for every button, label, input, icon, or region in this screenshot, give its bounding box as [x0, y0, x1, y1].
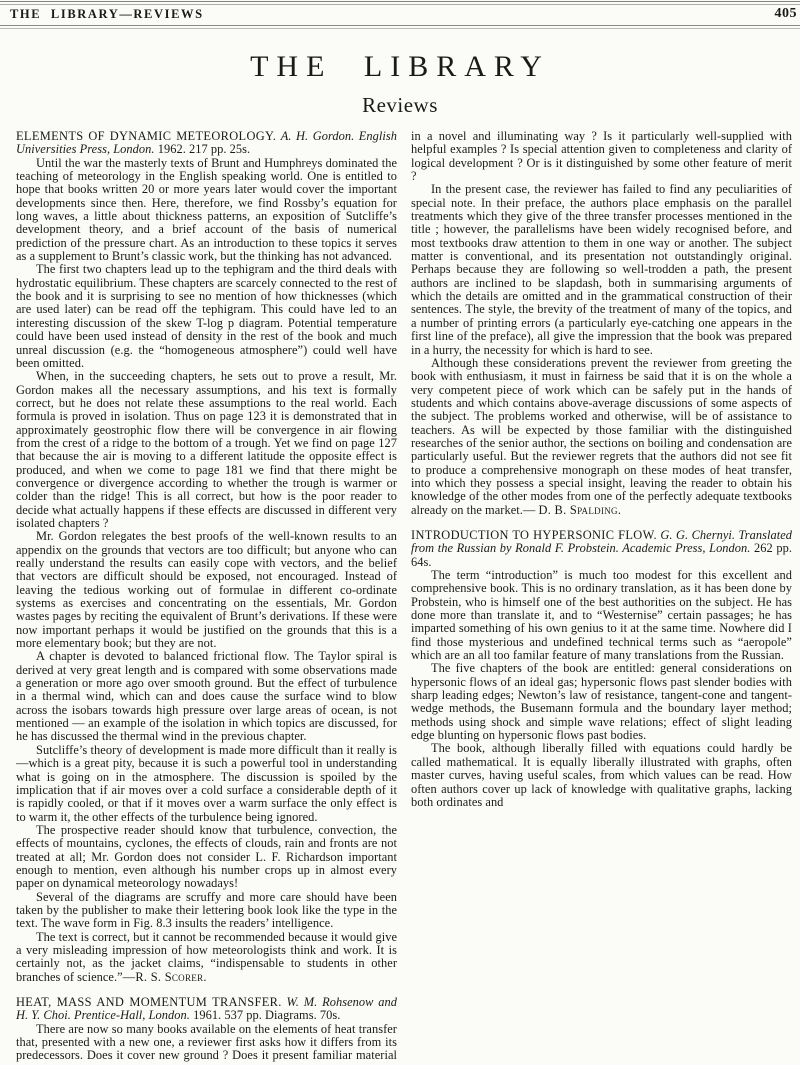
closing-text: Although these considerations prevent th…: [411, 356, 792, 517]
review-introduction-to-hypersonic-flow: INTRODUCTION TO HYPERSONIC FLOW. G. G. C…: [411, 529, 792, 809]
review-paragraph: The first two chapters lead up to the te…: [16, 263, 397, 370]
running-head: THE LIBRARY—REVIEWS: [10, 7, 204, 22]
review-heading: ELEMENTS OF DYNAMIC METEOROLOGY. A. H. G…: [16, 130, 397, 157]
top-rule: [0, 1, 800, 2]
review-paragraph: The term “introduction” is much too mode…: [411, 569, 792, 662]
review-paragraph: When, in the succeeding chapters, he set…: [16, 370, 397, 530]
reviewer-signature: —R. S. Scorer.: [123, 970, 207, 984]
review-closing-paragraph: Although these considerations prevent th…: [411, 357, 792, 517]
section-subtitle: Reviews: [0, 93, 800, 118]
review-heading: INTRODUCTION TO HYPERSONIC FLOW. G. G. C…: [411, 529, 792, 569]
review-paragraph: Several of the diagrams are scruffy and …: [16, 891, 397, 931]
header-rule: [0, 25, 800, 26]
review-paragraph: The five chapters of the book are entitl…: [411, 662, 792, 742]
review-paragraph: Sutcliffe’s theory of development is mad…: [16, 744, 397, 824]
review-paragraph: Until the war the masterly texts of Brun…: [16, 157, 397, 264]
review-paragraph: A chapter is devoted to balanced frictio…: [16, 650, 397, 743]
review-paragraph: The book, although liberally filled with…: [411, 742, 792, 809]
review-heading: HEAT, MASS AND MOMENTUM TRANSFER. W. M. …: [16, 996, 397, 1023]
review-paragraph: In the present case, the reviewer has fa…: [411, 183, 792, 356]
header-rule-secondary: [0, 28, 800, 29]
scanned-journal-page: THE LIBRARY—REVIEWS 405 THE LIBRARY Revi…: [0, 0, 800, 1065]
top-rule-secondary: [0, 4, 800, 5]
review-title: ELEMENTS OF DYNAMIC METEOROLOGY.: [16, 130, 276, 143]
review-paragraph: Mr. Gordon relegates the best proofs of …: [16, 530, 397, 650]
review-paragraph: The prospective reader should know that …: [16, 824, 397, 891]
review-imprint: 1962. 217 pp. 25s.: [158, 142, 250, 156]
review-title: HEAT, MASS AND MOMENTUM TRANSFER.: [16, 995, 282, 1009]
review-closing-paragraph: The text is correct, but it cannot be re…: [16, 931, 397, 984]
reviewer-signature: D. B. Spalding.: [538, 503, 621, 517]
two-column-text-area: ELEMENTS OF DYNAMIC METEOROLOGY. A. H. G…: [16, 130, 792, 1064]
review-imprint: 1961. 537 pp. Diagrams. 70s.: [193, 1008, 340, 1022]
journal-title: THE LIBRARY: [0, 50, 800, 84]
review-title: INTRODUCTION TO HYPERSONIC FLOW.: [411, 528, 657, 542]
page-number: 405: [775, 6, 798, 22]
review-elements-of-dynamic-meteorology: ELEMENTS OF DYNAMIC METEOROLOGY. A. H. G…: [16, 130, 397, 984]
